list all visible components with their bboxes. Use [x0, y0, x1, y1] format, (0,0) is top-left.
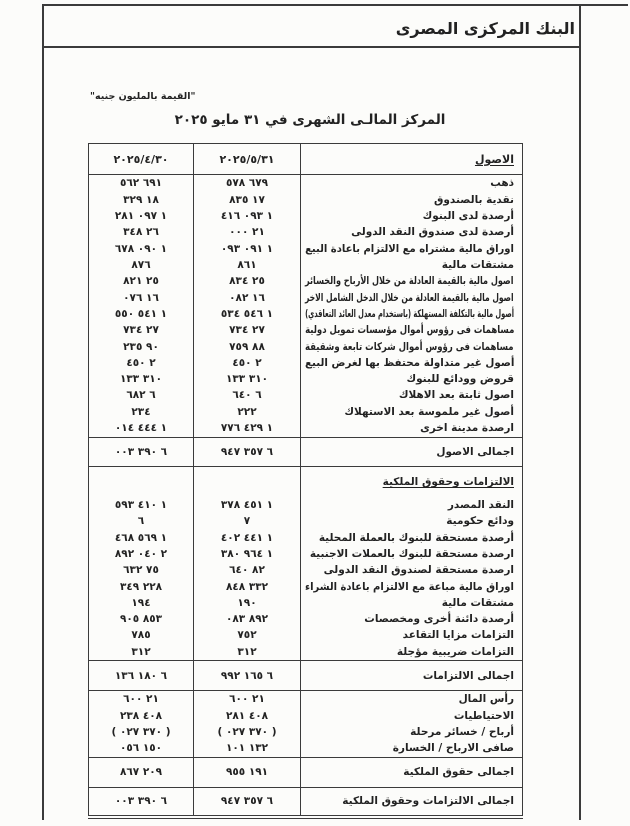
page-border-right — [579, 5, 581, 820]
totals-body: اجمالى حقوق الملكية ١٩١ ٩٥٥ ٢٠٩ ٨٦٧ اجما… — [89, 757, 523, 817]
row-label: اجمالى الالتزامات وحقوق الملكية — [301, 787, 523, 817]
value-current: ٦ ٦٤٠ — [194, 387, 301, 403]
row-label-cell: قروض وودائع للبنوك — [301, 371, 523, 387]
asset-row: مساهمات فى رؤوس أموال شركات تابعة وشقيقة… — [89, 338, 523, 354]
liabilities-section-title: الالتزامات وحقوق الملكية — [383, 476, 514, 488]
asset-row: أرصدة لدى صندوق النقد الدولى ٢١ ٠٠٠ ٢٦ ٣… — [89, 224, 523, 240]
column-date-previous: ٢٠٢٥/٤/٣٠ — [89, 144, 194, 175]
value-previous: ١ ٥٦٩ ٤٦٨ — [89, 529, 194, 545]
asset-row: مساهمات فى رؤوس أموال مؤسسات تمويل دولية… — [89, 322, 523, 338]
value-previous: ٩٠ ٢٣٥ — [89, 338, 194, 354]
row-label: مساهمات فى رؤوس أموال مؤسسات تمويل دولية — [305, 324, 514, 336]
row-label-cell: ارصدة مستحقة للبنوك بالعملات الاجنبية — [301, 546, 523, 562]
row-label-cell: رأس المال — [301, 691, 523, 708]
row-label-cell: التزامات ضريبية مؤجلة — [301, 644, 523, 661]
row-label: مشتقات مالية — [442, 597, 514, 609]
liability-row: ارصدة مستحقة لصندوق النقد الدولى ٨٢ ٦٤٠ … — [89, 562, 523, 578]
value-current: ٦ ١٦٥ ٩٩٢ — [194, 661, 301, 691]
page-border-top — [42, 4, 628, 6]
value-previous: ( ٣٧٠ ٠٢٧ ) — [89, 724, 194, 740]
document-page: البنك المركزى المصرى "القيمة بالمليون جن… — [0, 0, 630, 826]
value-previous: ١ ٠٩٠ ٦٧٨ — [89, 241, 194, 257]
row-label: أرباح / خسائر مرحلة — [410, 726, 514, 738]
row-label-cell: نقدية بالصندوق — [301, 192, 523, 208]
asset-row: أصول غير ملموسة بعد الاستهلاك ٢٢٢ ٢٣٤ — [89, 404, 523, 420]
asset-row: اصول مالية بالقيمة العادلة من خلال الأرب… — [89, 273, 523, 289]
assets-section-title: الاصول — [475, 153, 514, 166]
value-previous: ٧٨٥ — [89, 627, 194, 643]
row-label-cell: أرصدة دائنة أخرى ومخصصات — [301, 611, 523, 627]
liability-row: النقد المصدر ١ ٤٥١ ٣٧٨ ١ ٤١٠ ٥٩٣ — [89, 497, 523, 513]
row-label: اوراق مالية مباعة مع الالتزام باعادة الش… — [305, 581, 514, 593]
row-label-cell: مساهمات فى رؤوس أموال شركات تابعة وشقيقة — [301, 338, 523, 354]
value-unit-note: "القيمة بالمليون جنيه" — [90, 91, 195, 102]
row-label-cell: اوراق مالية مباعة مع الالتزام باعادة الش… — [301, 578, 523, 594]
grand-total-row: اجمالى الالتزامات وحقوق الملكية ٦ ٣٥٧ ٩٤… — [89, 787, 523, 817]
assets-total-body: اجمالى الاصول ٦ ٣٥٧ ٩٤٧ ٦ ٣٩٠ ٠٠٣ الالتز… — [89, 437, 523, 497]
value-previous: ٢١ ٦٠٠ — [89, 691, 194, 708]
value-current: ١ ٤٥١ ٣٧٨ — [194, 497, 301, 513]
asset-row: قروض وودائع للبنوك ٣١٠ ١٣٣ ٣١٠ ١٣٣ — [89, 371, 523, 387]
value-current: ٢٧ ٧٣٤ — [194, 322, 301, 338]
value-previous: ١٩٤ — [89, 595, 194, 611]
value-current: ٢١ ٦٠٠ — [194, 691, 301, 708]
row-label: مشتقات مالية — [442, 259, 514, 271]
row-label: ذهب — [490, 177, 514, 189]
value-previous: ٦٩١ ٥٦٢ — [89, 175, 194, 192]
row-label: رأس المال — [459, 693, 514, 705]
row-label-cell: أرصدة لدى صندوق النقد الدولى — [301, 224, 523, 240]
row-label: أصول غير ملموسة بعد الاستهلاك — [344, 406, 514, 418]
row-label-cell: اوراق مالية مشتراه مع الالتزام باعادة ال… — [301, 241, 523, 257]
asset-row: اوراق مالية مشتراه مع الالتزام باعادة ال… — [89, 241, 523, 257]
value-current: ١٦ ٠٨٢ — [194, 290, 301, 306]
value-previous: ١ ٠٩٧ ٢٨١ — [89, 208, 194, 224]
value-current: ٦ ٣٥٧ ٩٤٧ — [194, 787, 301, 817]
row-label: اوراق مالية مشتراه مع الالتزام باعادة ال… — [305, 243, 514, 255]
row-label: اصول مالية بالقيمة العادلة من خلال الأرب… — [305, 275, 514, 287]
value-previous: ٢٥ ٨٢١ — [89, 273, 194, 289]
value-previous: ٢ ٠٤٠ ٨٩٢ — [89, 546, 194, 562]
row-label-cell: ذهب — [301, 175, 523, 192]
value-current: ٦ ٣٥٧ ٩٤٧ — [194, 437, 301, 467]
value-previous: ٨٧٦ — [89, 257, 194, 273]
value-current: ١ ٤٢٩ ٧٧٦ — [194, 420, 301, 437]
liability-row: ودائع حكومية ٧ ٦ — [89, 513, 523, 529]
value-current: ٢ ٤٥٠ — [194, 355, 301, 371]
row-label: أرصدة دائنة أخرى ومخصصات — [364, 613, 514, 625]
row-label: اجمالى الالتزامات — [301, 661, 523, 691]
column-date-current: ٢٠٢٥/٥/٣١ — [194, 144, 301, 175]
equity-body: رأس المال ٢١ ٦٠٠ ٢١ ٦٠٠ الاحتياطيات ٤٠٨ … — [89, 691, 523, 758]
liability-row: أرصدة دائنة أخرى ومخصصات ٨٩٢ ٠٨٣ ٨٥٣ ٩٠٥ — [89, 611, 523, 627]
row-label: ارصدة مدينة اخرى — [420, 422, 514, 434]
assets-section-title-cell: الاصول — [301, 144, 523, 175]
asset-row: أرصدة لدى البنوك ١ ٠٩٣ ٤١٦ ١ ٠٩٧ ٢٨١ — [89, 208, 523, 224]
row-label-cell: صافى الارباح / الخسارة — [301, 740, 523, 757]
value-current: ٨٩٢ ٠٨٣ — [194, 611, 301, 627]
equity-total-row: اجمالى حقوق الملكية ١٩١ ٩٥٥ ٢٠٩ ٨٦٧ — [89, 757, 523, 787]
value-previous: ١ ٥٤١ ٥٥٠ — [89, 306, 194, 322]
equity-row: رأس المال ٢١ ٦٠٠ ٢١ ٦٠٠ — [89, 691, 523, 708]
asset-row: نقدية بالصندوق ١٧ ٨٣٥ ١٨ ٣٢٩ — [89, 192, 523, 208]
row-label-cell: التزامات مزايا التقاعد — [301, 627, 523, 643]
liability-row: التزامات مزايا التقاعد ٧٥٢ ٧٨٥ — [89, 627, 523, 643]
row-label-cell: مشتقات مالية — [301, 257, 523, 273]
value-previous: ٣١٢ — [89, 644, 194, 661]
value-current: ٢١ ٠٠٠ — [194, 224, 301, 240]
row-label: نقدية بالصندوق — [434, 194, 514, 206]
liabilities-section-header-row: الالتزامات وحقوق الملكية — [89, 467, 523, 497]
liability-row: أرصدة مستحقة للبنوك بالعملة المحلية ١ ٤٤… — [89, 529, 523, 545]
assets-total-row: اجمالى الاصول ٦ ٣٥٧ ٩٤٧ ٦ ٣٩٠ ٠٠٣ — [89, 437, 523, 467]
value-previous: ١٥٠ ٠٥٦ — [89, 740, 194, 757]
equity-row: الاحتياطيات ٤٠٨ ٢٨١ ٤٠٨ ٢٣٨ — [89, 708, 523, 724]
document-title: المركز المالـى الشهرى في ٣١ مايو ٢٠٢٥ — [110, 112, 510, 128]
value-previous: ٦ — [89, 513, 194, 529]
value-current: ٦٧٩ ٥٧٨ — [194, 175, 301, 192]
value-previous: ١٦ ٠٧٦ — [89, 290, 194, 306]
row-label-cell: اصول مالية بالقيمة العادلة من خلال الدخل… — [301, 290, 523, 306]
value-current: ١ ٩٦٤ ٣٨٠ — [194, 546, 301, 562]
row-label: أصول مالية بالتكلفة المستهلكة (باستخدام … — [305, 308, 514, 320]
row-label: أرصدة لدى البنوك — [423, 210, 514, 222]
value-current: ١ ٠٩١ ٠٩٣ — [194, 241, 301, 257]
liabilities-body: النقد المصدر ١ ٤٥١ ٣٧٨ ١ ٤١٠ ٥٩٣ ودائع ح… — [89, 497, 523, 661]
value-previous: ٤٠٨ ٢٣٨ — [89, 708, 194, 724]
row-label-cell: الاحتياطيات — [301, 708, 523, 724]
row-label-cell: مساهمات فى رؤوس أموال مؤسسات تمويل دولية — [301, 322, 523, 338]
asset-row: ارصدة مدينة اخرى ١ ٤٢٩ ٧٧٦ ١ ٤٤٤ ٠١٤ — [89, 420, 523, 437]
asset-row: ذهب ٦٧٩ ٥٧٨ ٦٩١ ٥٦٢ — [89, 175, 523, 192]
liabilities-total-body: اجمالى الالتزامات ٦ ١٦٥ ٩٩٢ ٦ ١٨٠ ١٣٦ — [89, 661, 523, 691]
value-previous: ٢٣٤ — [89, 404, 194, 420]
row-label-cell: أصول غير متداولة محتفظ بها لغرض البيع — [301, 355, 523, 371]
value-current: ٣٣٢ ٨٤٨ — [194, 578, 301, 594]
liability-row: ارصدة مستحقة للبنوك بالعملات الاجنبية ١ … — [89, 546, 523, 562]
value-current: ٣١٢ — [194, 644, 301, 661]
equity-row: أرباح / خسائر مرحلة ( ٣٧٠ ٠٢٧ ) ( ٣٧٠ ٠٢… — [89, 724, 523, 740]
value-previous: ٢٢٨ ٣٤٩ — [89, 578, 194, 594]
liability-row: مشتقات مالية ١٩٠ ١٩٤ — [89, 595, 523, 611]
value-current: ١٣٢ ١٠١ — [194, 740, 301, 757]
liability-row: التزامات ضريبية مؤجلة ٣١٢ ٣١٢ — [89, 644, 523, 661]
row-label-cell: أرصدة مستحقة للبنوك بالعملة المحلية — [301, 529, 523, 545]
row-label-cell: أرباح / خسائر مرحلة — [301, 724, 523, 740]
row-label: ارصدة مستحقة لصندوق النقد الدولى — [324, 564, 514, 576]
value-current: ( ٣٧٠ ٠٢٧ ) — [194, 724, 301, 740]
row-label: اصول مالية بالقيمة العادلة من خلال الدخل… — [305, 292, 514, 304]
value-current: ١ ٠٩٣ ٤١٦ — [194, 208, 301, 224]
value-previous: ٦ ١٨٠ ١٣٦ — [89, 661, 194, 691]
value-previous: ٢ ٤٥٠ — [89, 355, 194, 371]
column-header-row: الاصول ٢٠٢٥/٥/٣١ ٢٠٢٥/٤/٣٠ — [89, 144, 523, 175]
row-label-cell: اصول مالية بالقيمة العادلة من خلال الأرب… — [301, 273, 523, 289]
row-label: ودائع حكومية — [446, 515, 514, 527]
row-label: اجمالى الاصول — [301, 437, 523, 467]
asset-row: اصول مالية بالقيمة العادلة من خلال الدخل… — [89, 290, 523, 306]
row-label-cell: أصول مالية بالتكلفة المستهلكة (باستخدام … — [301, 306, 523, 322]
value-previous: ٢٦ ٣٤٨ — [89, 224, 194, 240]
liabilities-total-row: اجمالى الالتزامات ٦ ١٦٥ ٩٩٢ ٦ ١٨٠ ١٣٦ — [89, 661, 523, 691]
financial-table-wrapper: الاصول ٢٠٢٥/٥/٣١ ٢٠٢٥/٤/٣٠ ذهب ٦٧٩ ٥٧٨ ٦… — [88, 143, 523, 819]
value-previous: ٨٥٣ ٩٠٥ — [89, 611, 194, 627]
asset-row: مشتقات مالية ٨٦١ ٨٧٦ — [89, 257, 523, 273]
value-previous: ١ ٤٤٤ ٠١٤ — [89, 420, 194, 437]
row-label-cell: ارصدة مدينة اخرى — [301, 420, 523, 437]
value-current: ٤٠٨ ٢٨١ — [194, 708, 301, 724]
value-current: ١ ٤٤١ ٤٠٢ — [194, 529, 301, 545]
value-current: ٢٥ ٨٣٤ — [194, 273, 301, 289]
value-previous: ٢٧ ٧٣٤ — [89, 322, 194, 338]
value-current: ٨٦١ — [194, 257, 301, 273]
asset-row: أصول غير متداولة محتفظ بها لغرض البيع ٢ … — [89, 355, 523, 371]
liability-row: اوراق مالية مباعة مع الالتزام باعادة الش… — [89, 578, 523, 594]
equity-row: صافى الارباح / الخسارة ١٣٢ ١٠١ ١٥٠ ٠٥٦ — [89, 740, 523, 757]
value-current: ٨٨ ٧٥٩ — [194, 338, 301, 354]
value-previous: ٢٠٩ ٨٦٧ — [89, 757, 194, 787]
value-current: ١٧ ٨٣٥ — [194, 192, 301, 208]
value-current: ١٩١ ٩٥٥ — [194, 757, 301, 787]
row-label: ارصدة مستحقة للبنوك بالعملات الاجنبية — [310, 548, 514, 560]
row-label-cell: أرصدة لدى البنوك — [301, 208, 523, 224]
value-previous: ٦ ٣٩٠ ٠٠٣ — [89, 437, 194, 467]
value-current: ٧٥٢ — [194, 627, 301, 643]
page-border-left — [42, 4, 44, 820]
row-label: اجمالى حقوق الملكية — [301, 757, 523, 787]
row-label: مساهمات فى رؤوس أموال شركات تابعة وشقيقة — [305, 341, 514, 353]
value-previous: ٦ ٦٨٢ — [89, 387, 194, 403]
row-label: التزامات مزايا التقاعد — [403, 629, 514, 641]
empty-cell — [194, 467, 301, 497]
asset-row: أصول مالية بالتكلفة المستهلكة (باستخدام … — [89, 306, 523, 322]
row-label-cell: أصول غير ملموسة بعد الاستهلاك — [301, 404, 523, 420]
row-label: الاحتياطيات — [454, 710, 514, 722]
header-band-underline — [42, 46, 581, 48]
row-label: النقد المصدر — [448, 499, 514, 511]
value-current: ١ ٥٤٦ ٥٣٤ — [194, 306, 301, 322]
row-label: صافى الارباح / الخسارة — [393, 742, 514, 754]
asset-row: اصول ثابتة بعد الاهلاك ٦ ٦٤٠ ٦ ٦٨٢ — [89, 387, 523, 403]
value-current: ١٩٠ — [194, 595, 301, 611]
value-previous: ٧٥ ٦٣٢ — [89, 562, 194, 578]
value-current: ٨٢ ٦٤٠ — [194, 562, 301, 578]
value-previous: ٦ ٣٩٠ ٠٠٣ — [89, 787, 194, 817]
row-label: التزامات ضريبية مؤجلة — [397, 646, 514, 658]
row-label-cell: اصول ثابتة بعد الاهلاك — [301, 387, 523, 403]
value-previous: ١٨ ٣٢٩ — [89, 192, 194, 208]
financial-position-table: الاصول ٢٠٢٥/٥/٣١ ٢٠٢٥/٤/٣٠ ذهب ٦٧٩ ٥٧٨ ٦… — [88, 143, 523, 819]
row-label: أرصدة لدى صندوق النقد الدولى — [351, 226, 514, 238]
row-label-cell: مشتقات مالية — [301, 595, 523, 611]
row-label-cell: النقد المصدر — [301, 497, 523, 513]
row-label: اصول ثابتة بعد الاهلاك — [399, 389, 514, 401]
row-label-cell: ودائع حكومية — [301, 513, 523, 529]
value-current: ٧ — [194, 513, 301, 529]
value-previous: ١ ٤١٠ ٥٩٣ — [89, 497, 194, 513]
row-label: قروض وودائع للبنوك — [406, 373, 514, 385]
value-current: ٢٢٢ — [194, 404, 301, 420]
value-current: ٣١٠ ١٣٣ — [194, 371, 301, 387]
bank-name: البنك المركزى المصرى — [396, 19, 575, 38]
row-label: أرصدة مستحقة للبنوك بالعملة المحلية — [319, 532, 514, 544]
row-label: أصول غير متداولة محتفظ بها لغرض البيع — [305, 357, 514, 369]
value-previous: ٣١٠ ١٣٣ — [89, 371, 194, 387]
assets-body: ذهب ٦٧٩ ٥٧٨ ٦٩١ ٥٦٢ نقدية بالصندوق ١٧ ٨٣… — [89, 175, 523, 437]
liabilities-section-title-cell: الالتزامات وحقوق الملكية — [301, 467, 523, 497]
row-label-cell: ارصدة مستحقة لصندوق النقد الدولى — [301, 562, 523, 578]
header-row-body: الاصول ٢٠٢٥/٥/٣١ ٢٠٢٥/٤/٣٠ — [89, 144, 523, 175]
empty-cell — [89, 467, 194, 497]
